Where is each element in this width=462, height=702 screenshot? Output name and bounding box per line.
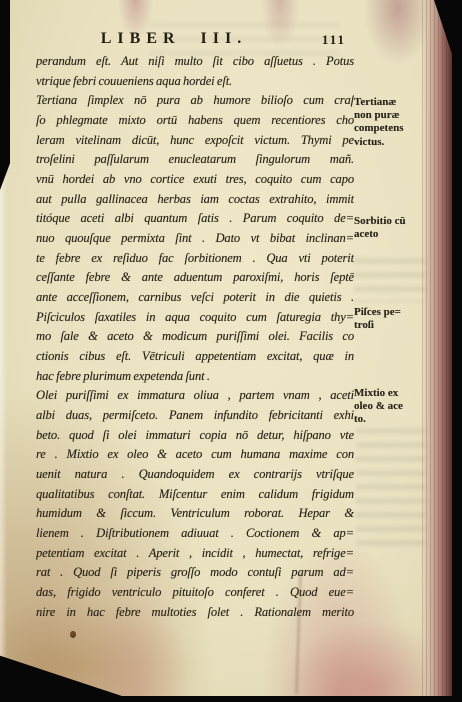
text-line: ante acceſſionem, carnibus veſci poterit…: [36, 288, 354, 308]
text-line: ceſſante febre & ante aduentum paroxiſmi…: [36, 268, 354, 288]
photo-corner-top-left: [0, 0, 10, 190]
page-left-edge: [0, 150, 7, 670]
text-line: beto. quod ſi olei immaturi copia nō det…: [36, 426, 354, 446]
text-line: ſo phlegmate mixto ortū habens quem rece…: [36, 111, 354, 131]
text-line: Tertiana ſimplex nō pura ab humore bilio…: [36, 91, 354, 111]
text-line: perandum eſt. Aut niſi multo ſit cibo aſ…: [36, 52, 354, 72]
ink-fleck: [70, 631, 76, 638]
text-line: hac febre plurimum expetenda ſunt .: [36, 367, 354, 387]
running-title: LIBER III.: [36, 30, 312, 48]
text-line: nuo quouſque permixta ſint . Dato vt bib…: [36, 229, 354, 249]
text-line: re . Mixtio ex oleo & aceto cum humana m…: [36, 445, 354, 465]
text-line: qualitatibus conſtat. Miſcentur enim cal…: [36, 485, 354, 505]
main-text-column: perandum eſt. Aut niſi multo ſit cibo aſ…: [36, 52, 354, 622]
book-photo: LIBER III. 111 perandum eſt. Aut niſi mu…: [0, 0, 462, 702]
text-line: das, frigido ventriculo pituitoſo confer…: [36, 583, 354, 603]
text-line: vnū hordei ab vno cortice exuti tres, co…: [36, 170, 354, 190]
text-line: Olei puriſſimi ex immatura oliua , parte…: [36, 386, 354, 406]
text-line: petentiam excitat . Aperit , incidit , h…: [36, 544, 354, 564]
text-line: lienem . Diſtributionem adiuuat . Coctio…: [36, 524, 354, 544]
text-line: ctionis cibus eſt. Vētriculi appetentiam…: [36, 347, 354, 367]
text-line: mo ſale & aceto & modicum puriſſimi olei…: [36, 327, 354, 347]
text-line: titóque aceti albi quantum ſatis . Parum…: [36, 209, 354, 229]
text-line: nire in hac febre multoties ſolet . Rati…: [36, 603, 354, 623]
text-line: rat . Quod ſi piperis groſſo modo contuſ…: [36, 563, 354, 583]
text-line: leram vitelinam dicūt, hunc expoſcit vic…: [36, 131, 354, 151]
text-line: albi duas, permiſceto. Panem infundito f…: [36, 406, 354, 426]
text-line: troſelini paſſularum enucleatarum ſingul…: [36, 150, 354, 170]
text-line: vtrique febri couueniens aqua hordei eſt…: [36, 72, 354, 92]
book-page: LIBER III. 111 perandum eſt. Aut niſi mu…: [0, 0, 452, 696]
text-line: Piſciculos ſaxatiles in aqua coquito cum…: [36, 308, 354, 328]
text-line: te febre ex reſiduo fac ſorbitionem . Qu…: [36, 249, 354, 269]
text-line: humidum & ſiccum. Ventriculum roborat. H…: [36, 504, 354, 524]
text-line: aut pulla gallinacea herbas iam coctas e…: [36, 190, 354, 210]
page-number: 111: [322, 32, 346, 48]
book-fore-edge: [422, 0, 452, 696]
text-line: uenit natura . Quandoquidem ex contrarij…: [36, 465, 354, 485]
page-header: LIBER III. 111: [36, 30, 352, 52]
